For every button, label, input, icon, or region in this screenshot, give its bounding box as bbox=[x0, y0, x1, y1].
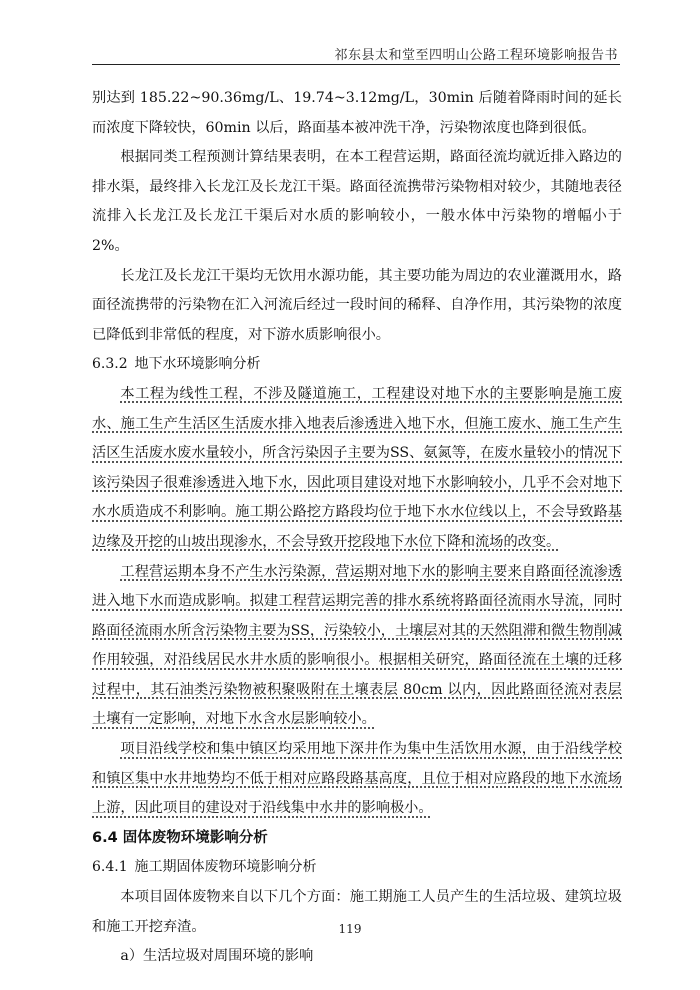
paragraph-wells: 项目沿线学校和集中镇区均采用地下深井作为集中生活饮用水源，由于沿线学校和镇区集中… bbox=[92, 735, 622, 824]
paragraph-construction-groundwater: 本工程为线性工程，不涉及隧道施工，工程建设对地下水的主要影响是施工废水、施工生产… bbox=[92, 380, 622, 558]
section-number: 6.4.1 bbox=[92, 853, 130, 883]
document-page: 祁东县太和堂至四明山公路工程环境影响报告书 别达到 185.22~90.36mg… bbox=[0, 0, 700, 990]
tracked-change-text: 项目沿线学校和集中镇区均采用地下深井作为集中生活饮用水源，由于沿线学校和镇区集中… bbox=[92, 741, 622, 816]
tracked-change-text: 本工程为线性工程，不涉及隧道施工，工程建设对地下水的主要影响是施工废水、施工生产… bbox=[92, 386, 622, 550]
running-header-title: 祁东县太和堂至四明山公路工程环境影响报告书 bbox=[334, 44, 618, 63]
tracked-change-text: 工程营运期本身不产生水污染源，营运期对地下水的影响主要来自路面径流渗透进入地下水… bbox=[92, 564, 622, 728]
header-rule bbox=[92, 64, 620, 65]
list-item-a: a）生活垃圾对周围环境的影响 bbox=[92, 942, 622, 972]
paragraph-operation-groundwater: 工程营运期本身不产生水污染源，营运期对地下水的影响主要来自路面径流渗透进入地下水… bbox=[92, 558, 622, 736]
paragraph-operation-runoff: 根据同类工程预测计算结果表明，在本工程营运期，路面径流均就近排入路边的排水渠，最… bbox=[92, 143, 622, 261]
section-title: 固体废物环境影响分析 bbox=[123, 830, 268, 846]
section-heading-6-4: 6.4 固体废物环境影响分析 bbox=[92, 824, 622, 854]
section-heading-6-3-2: 6.3.2 地下水环境影响分析 bbox=[92, 350, 622, 380]
section-heading-6-4-1: 6.4.1 施工期固体废物环境影响分析 bbox=[92, 853, 622, 883]
document-body: 别达到 185.22~90.36mg/L、19.74~3.12mg/L，30mi… bbox=[92, 84, 622, 972]
section-title: 地下水环境影响分析 bbox=[134, 356, 260, 372]
section-number: 6.3.2 bbox=[92, 350, 130, 380]
page-number: 119 bbox=[0, 922, 700, 936]
paragraph-runoff-concentration: 别达到 185.22~90.36mg/L、19.74~3.12mg/L，30mi… bbox=[92, 84, 622, 143]
section-title: 施工期固体废物环境影响分析 bbox=[134, 859, 316, 875]
section-number: 6.4 bbox=[92, 830, 118, 846]
paragraph-river-function: 长龙江及长龙江干渠均无饮用水源功能，其主要功能为周边的农业灌溉用水，路面径流携带… bbox=[92, 262, 622, 351]
